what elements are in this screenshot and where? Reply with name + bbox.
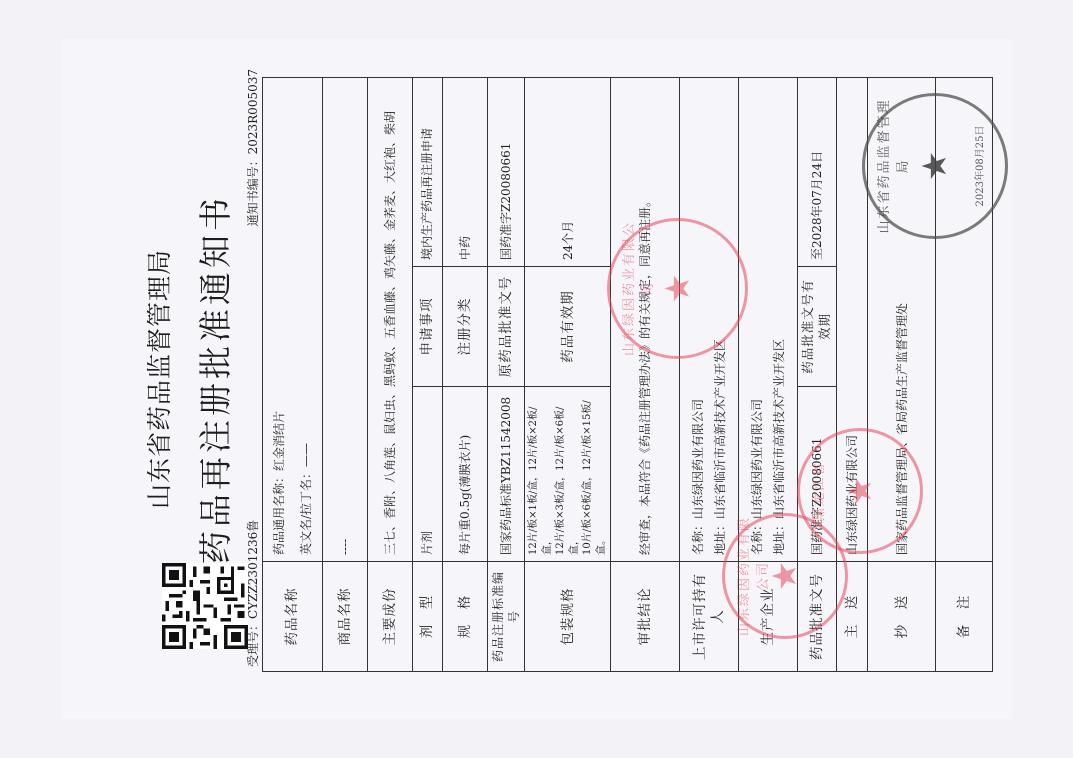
- issuing-agency: 山东省药品监督管理局: [140, 39, 176, 719]
- generic-name: 红金消结片: [272, 411, 286, 471]
- row-conclusion: 审批结论 经审查，本品符合《药品注册管理办法》的有关规定，同意再注册。: [610, 78, 679, 672]
- row-standard-no: 药品注册标准编号 国家药品标准YBZ11542008 原药品批准文号 国药准字Z…: [487, 78, 524, 672]
- row-approval-no: 药品批准文号 国药准字Z20080661 药品批准文号有效期 至2028年07月…: [797, 78, 836, 672]
- value-original-approval: 国药准字Z20080661: [487, 78, 524, 267]
- value-specification: 每片重0.5g(薄膜衣片): [442, 387, 487, 562]
- value-conclusion: 经审查，本品符合《药品注册管理办法》的有关规定，同意再注册。: [610, 78, 679, 562]
- notice-document: 山东省药品监督管理局 药品再注册批准通知书 受理号：CYZZ2301236鲁 通…: [62, 39, 1012, 719]
- value-approval-validity: 至2028年07月24日: [797, 78, 836, 267]
- value-drug-name: 药品通用名称：红金消结片 英文名/拉丁名：——: [262, 78, 322, 562]
- value-mah: 名称：山东绿因药业有限公司 地址：山东省临沂市高新技术产业开发区: [679, 78, 738, 562]
- value-application-item: 境内生产药品再注册申请: [412, 78, 442, 267]
- value-send-to: 山东绿因药业有限公司: [836, 78, 867, 562]
- notice-number: 通知书编号：2023R005037: [244, 69, 261, 226]
- value-standard-no: 国家药品标准YBZ11542008: [487, 387, 524, 562]
- row-cc: 抄 送 国家药品监督管理局、省局药品生产监督管理处: [867, 78, 935, 672]
- value-approval-no: 国药准字Z20080661: [797, 387, 836, 562]
- row-send-to: 主 送 山东绿因药业有限公司: [836, 78, 867, 672]
- row-manufacturer: 生产企业 名称：山东绿因药业有限公司 地址：山东省临沂市高新技术产业开发区: [738, 78, 797, 672]
- row-remarks: 备 注: [935, 78, 992, 672]
- row-specification: 规 格 每片重0.5g(薄膜衣片) 注册分类 中药: [442, 78, 487, 672]
- english-name: ——: [298, 443, 312, 467]
- label-drug-name: 药品名称: [262, 562, 322, 672]
- row-drug-name: 药品名称 药品通用名称：红金消结片 英文名/拉丁名：——: [262, 78, 322, 672]
- document-title: 药品再注册批准通知书: [190, 39, 237, 719]
- registration-table: 药品名称 药品通用名称：红金消结片 英文名/拉丁名：—— 商品名称 ---- 主…: [262, 77, 993, 672]
- reference-numbers: 受理号：CYZZ2301236鲁 通知书编号：2023R005037: [244, 69, 261, 667]
- acceptance-number: 受理号：CYZZ2301236鲁: [244, 520, 261, 667]
- value-dosage-form: 片剂: [412, 387, 442, 562]
- row-dosage-form: 剂 型 片剂 申请事项 境内生产药品再注册申请: [412, 78, 442, 672]
- row-ingredients: 主要成份 三七、香附、八角莲、鼠妇虫、黑蚂蚁、五香血藤、鸡矢藤、金荞麦、大红袍、…: [367, 78, 412, 672]
- value-manufacturer: 名称：山东绿因药业有限公司 地址：山东省临沂市高新技术产业开发区: [738, 78, 797, 562]
- row-mah: 上市许可持有人 名称：山东绿因药业有限公司 地址：山东省临沂市高新技术产业开发区: [679, 78, 738, 672]
- value-shelf-life: 24个月: [524, 78, 610, 267]
- value-ingredients: 三七、香附、八角莲、鼠妇虫、黑蚂蚁、五香血藤、鸡矢藤、金荞麦、大红袍、柴胡: [367, 78, 412, 562]
- value-registration-category: 中药: [442, 78, 487, 267]
- value-packaging: 12片/板×1板/盒，12片/板×2板/盒， 12片/板×3板/盒，12片/板×…: [524, 387, 610, 562]
- row-packaging: 包装规格 12片/板×1板/盒，12片/板×2板/盒， 12片/板×3板/盒，1…: [524, 78, 610, 672]
- value-cc: 国家药品监督管理局、省局药品生产监督管理处: [867, 78, 935, 562]
- value-remarks: [935, 78, 992, 562]
- value-trade-name: ----: [322, 78, 367, 562]
- row-trade-name: 商品名称 ----: [322, 78, 367, 672]
